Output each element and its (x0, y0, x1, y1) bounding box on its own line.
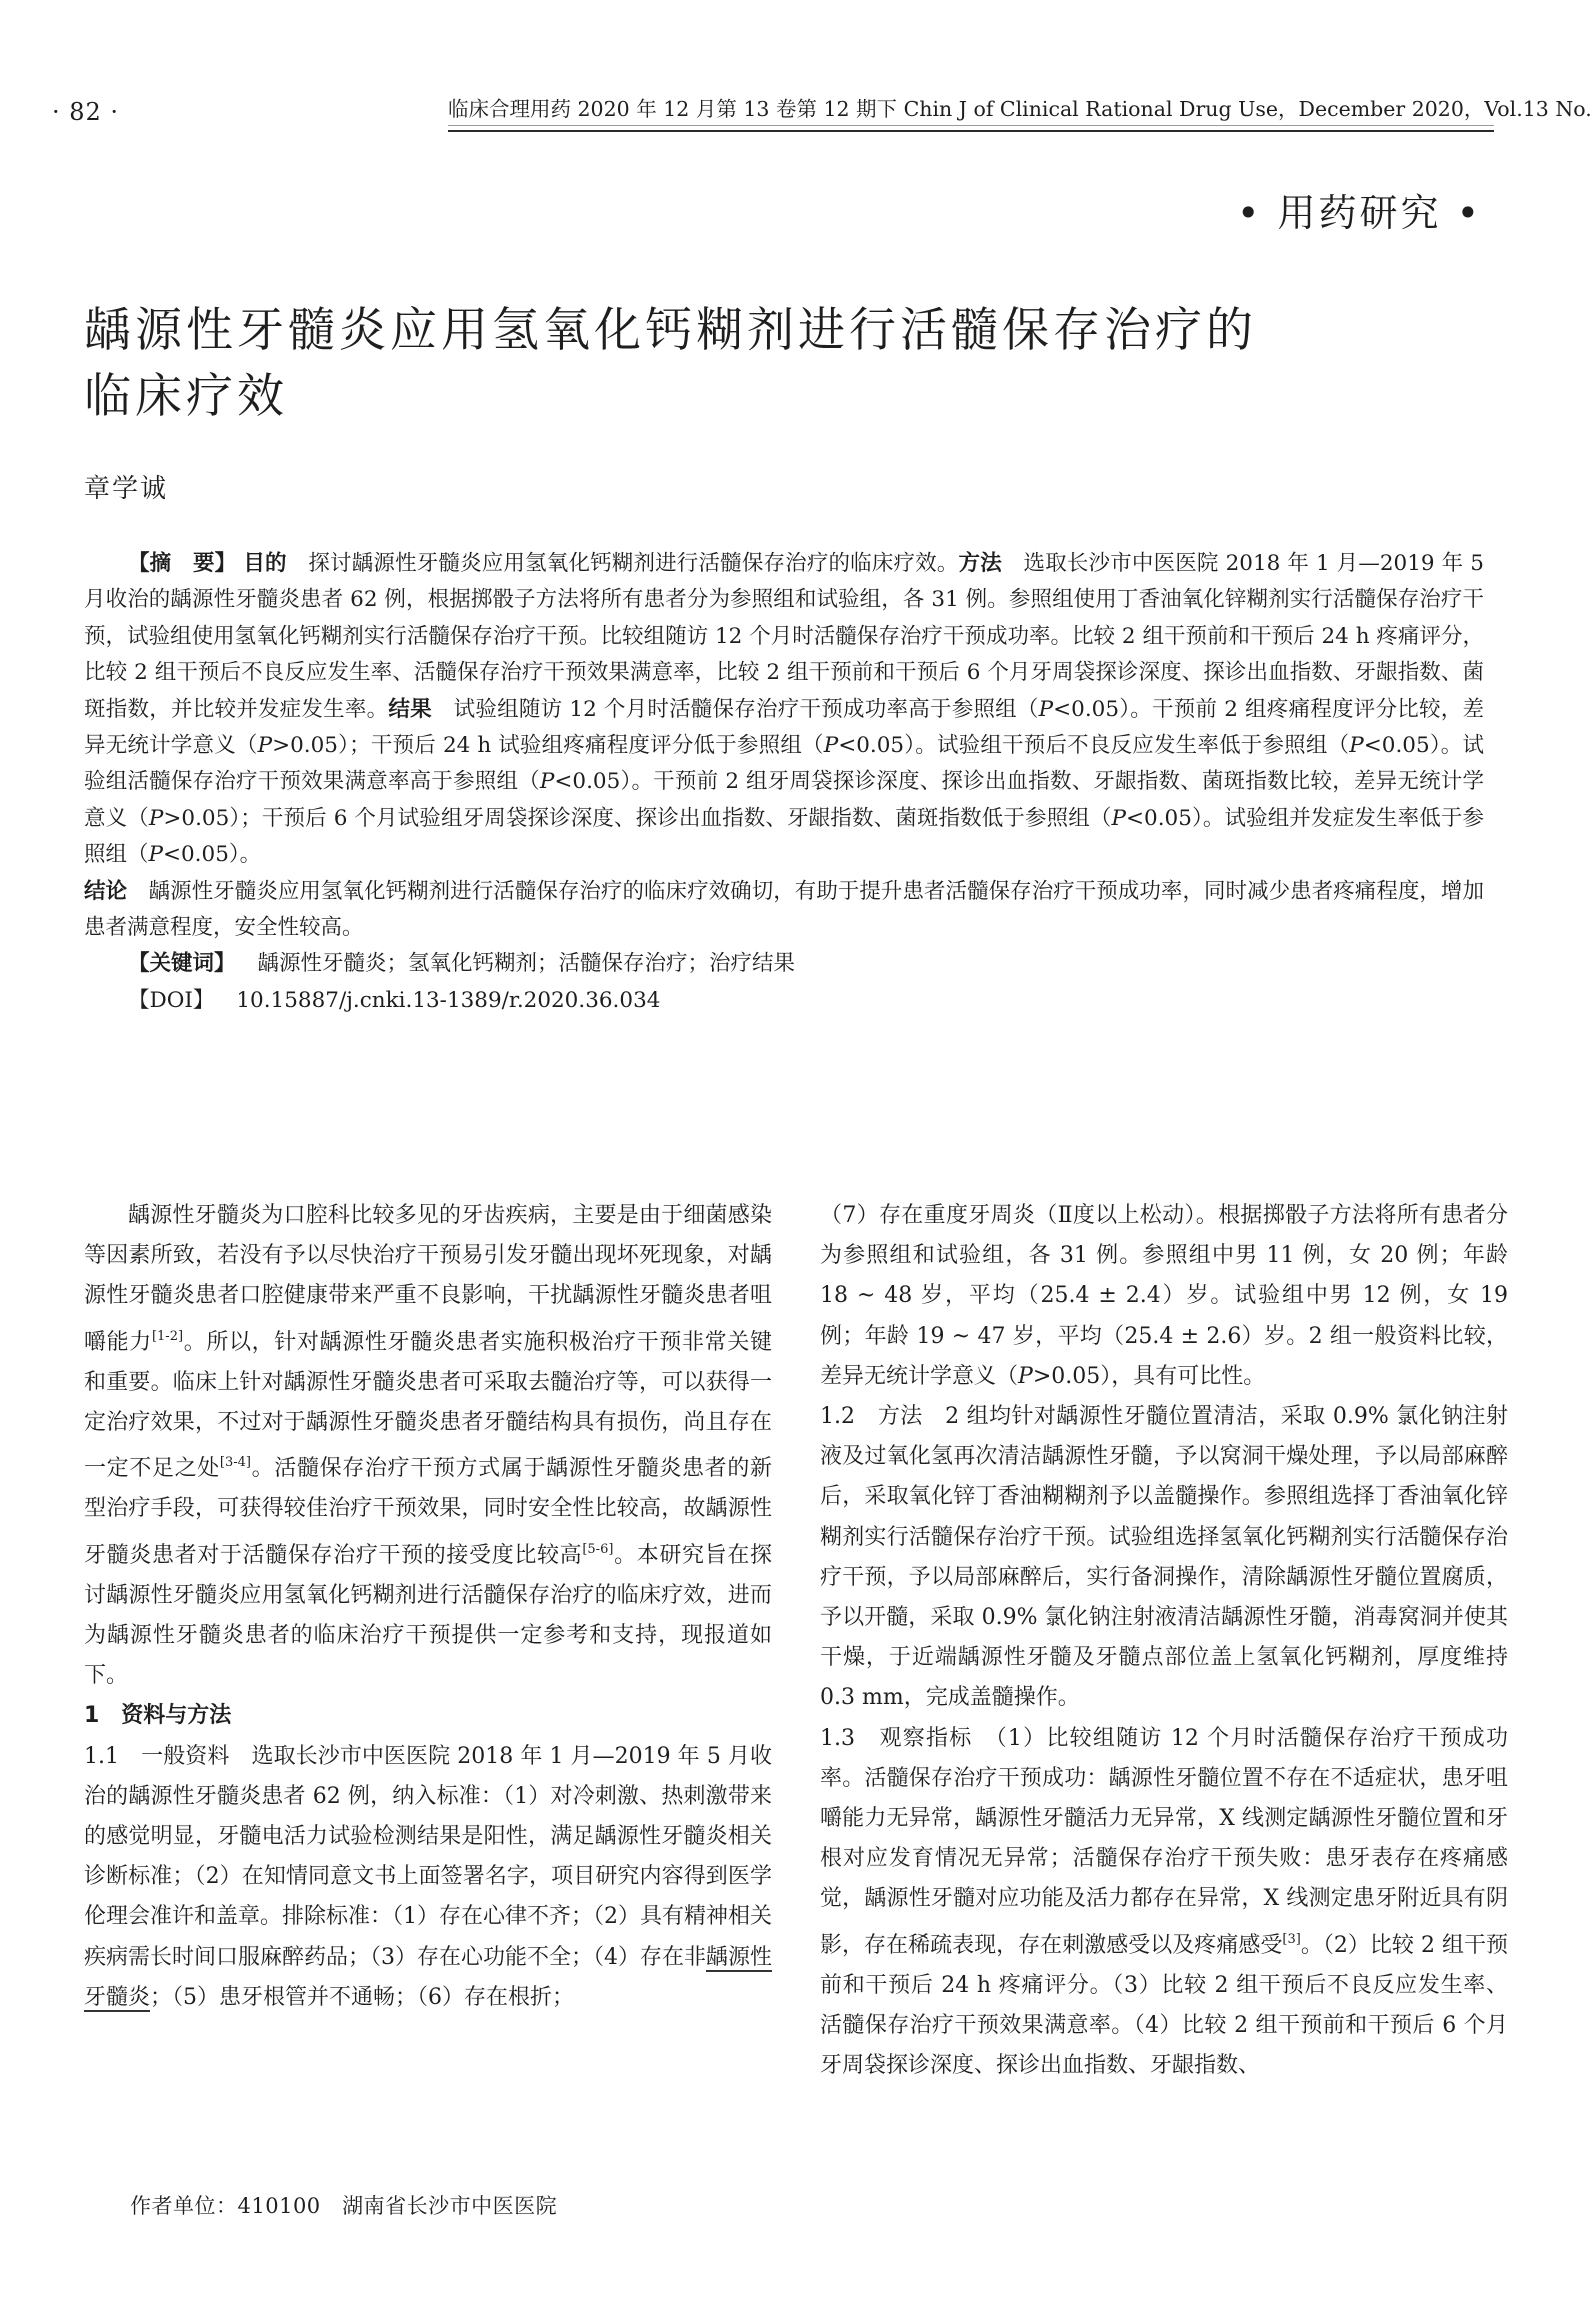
doi-label: 【DOI】 (128, 988, 214, 1013)
body-column-left: 龋源性牙髓炎为口腔科比较多见的牙齿疾病，主要是由于细菌感染等因素所致，若没有予以… (84, 1196, 772, 2018)
title-line-1: 龋源性牙髓炎应用氢氧化钙糊剂进行活髓保存治疗的 (84, 303, 1257, 358)
citation-ref[interactable]: [5-6] (582, 1542, 613, 1557)
citation-ref[interactable]: [1-2] (152, 1329, 183, 1344)
subsection-1-2: 1.2 方法 2 组均针对龋源性牙髓位置清洁，采取 0.9% 氯化钠注射液及过氧… (820, 1397, 1508, 1719)
abstract: 【摘 要】 目的 探讨龋源性牙髓炎应用氢氧化钙糊剂进行活髓保存治疗的临床疗效。方… (84, 546, 1484, 1019)
objective-text: 探讨龋源性牙髓炎应用氢氧化钙糊剂进行活髓保存治疗的临床疗效。 (308, 551, 958, 576)
abstract-body: 【摘 要】 目的 探讨龋源性牙髓炎应用氢氧化钙糊剂进行活髓保存治疗的临床疗效。方… (84, 546, 1484, 874)
subsection-1-1: 1.1 一般资料 选取长沙市中医医院 2018 年 1 月—2019 年 5 月… (84, 1737, 772, 2018)
objective-label: 目的 (243, 551, 286, 576)
article-title: 龋源性牙髓炎应用氢氧化钙糊剂进行活髓保存治疗的 临床疗效 (84, 298, 1384, 430)
results-text: 试验组随访 12 个月时活髓保存治疗干预成功率高于参照组（P<0.05）。干预前… (84, 697, 1484, 868)
subsection-1-1-continued: （7）存在重度牙周炎（Ⅱ度以上松动）。根据掷骰子方法将所有患者分为参照组和试验组… (820, 1196, 1508, 1397)
subsection-1-1-label: 1.1 一般资料 (84, 1744, 229, 1769)
column-label: • 用药研究 • (1237, 182, 1482, 237)
author-affiliation: 作者单位：410100 湖南省长沙市中医医院 (130, 2190, 557, 2220)
header-rule (448, 125, 1494, 126)
conclusion: 结论 龋源性牙髓炎应用氢氧化钙糊剂进行活髓保存治疗的临床疗效确切，有助于提升患者… (84, 874, 1484, 947)
subsection-1-2-label: 1.2 方法 (820, 1404, 923, 1429)
methods-label: 方法 (959, 551, 1002, 576)
running-head: 临床合理用药 2020 年 12 月第 13 卷第 12 期下 Chin J o… (448, 92, 1494, 132)
doi-link[interactable]: 10.15887/j.cnki.13-1389/r.2020.36.034 (236, 988, 660, 1013)
running-head-text: 临床合理用药 2020 年 12 月第 13 卷第 12 期下 Chin J o… (448, 97, 1590, 121)
abstract-label: 【摘 要】 (128, 551, 236, 576)
author: 章学诚 (84, 468, 168, 505)
body-column-right: （7）存在重度牙周炎（Ⅱ度以上松动）。根据掷骰子方法将所有患者分为参照组和试验组… (820, 1196, 1508, 2086)
page-number: · 82 · (52, 98, 119, 126)
title-line-2: 临床疗效 (84, 369, 288, 424)
conclusion-text: 龋源性牙髓炎应用氢氧化钙糊剂进行活髓保存治疗的临床疗效确切，有助于提升患者活髓保… (84, 879, 1484, 940)
subsection-1-3-label: 1.3 观察指标 (820, 1726, 972, 1751)
keywords: 【关键词】龋源性牙髓炎；氢氧化钙糊剂；活髓保存治疗；治疗结果 (128, 946, 1484, 982)
subsection-1-3: 1.3 观察指标 （1）比较组随访 12 个月时活髓保存治疗干预成功率。活髓保存… (820, 1719, 1508, 2087)
keywords-label: 【关键词】 (128, 951, 236, 976)
section-heading-1: 1 资料与方法 (84, 1696, 772, 1736)
keywords-text: 龋源性牙髓炎；氢氧化钙糊剂；活髓保存治疗；治疗结果 (258, 951, 796, 976)
doi: 【DOI】10.15887/j.cnki.13-1389/r.2020.36.0… (128, 983, 1484, 1019)
citation-ref[interactable]: [3-4] (220, 1455, 251, 1470)
intro-paragraph: 龋源性牙髓炎为口腔科比较多见的牙齿疾病，主要是由于细菌感染等因素所致，若没有予以… (84, 1196, 772, 1696)
results-label: 结果 (388, 697, 431, 722)
conclusion-label: 结论 (84, 879, 127, 904)
citation-ref[interactable]: [3] (1282, 1932, 1300, 1947)
